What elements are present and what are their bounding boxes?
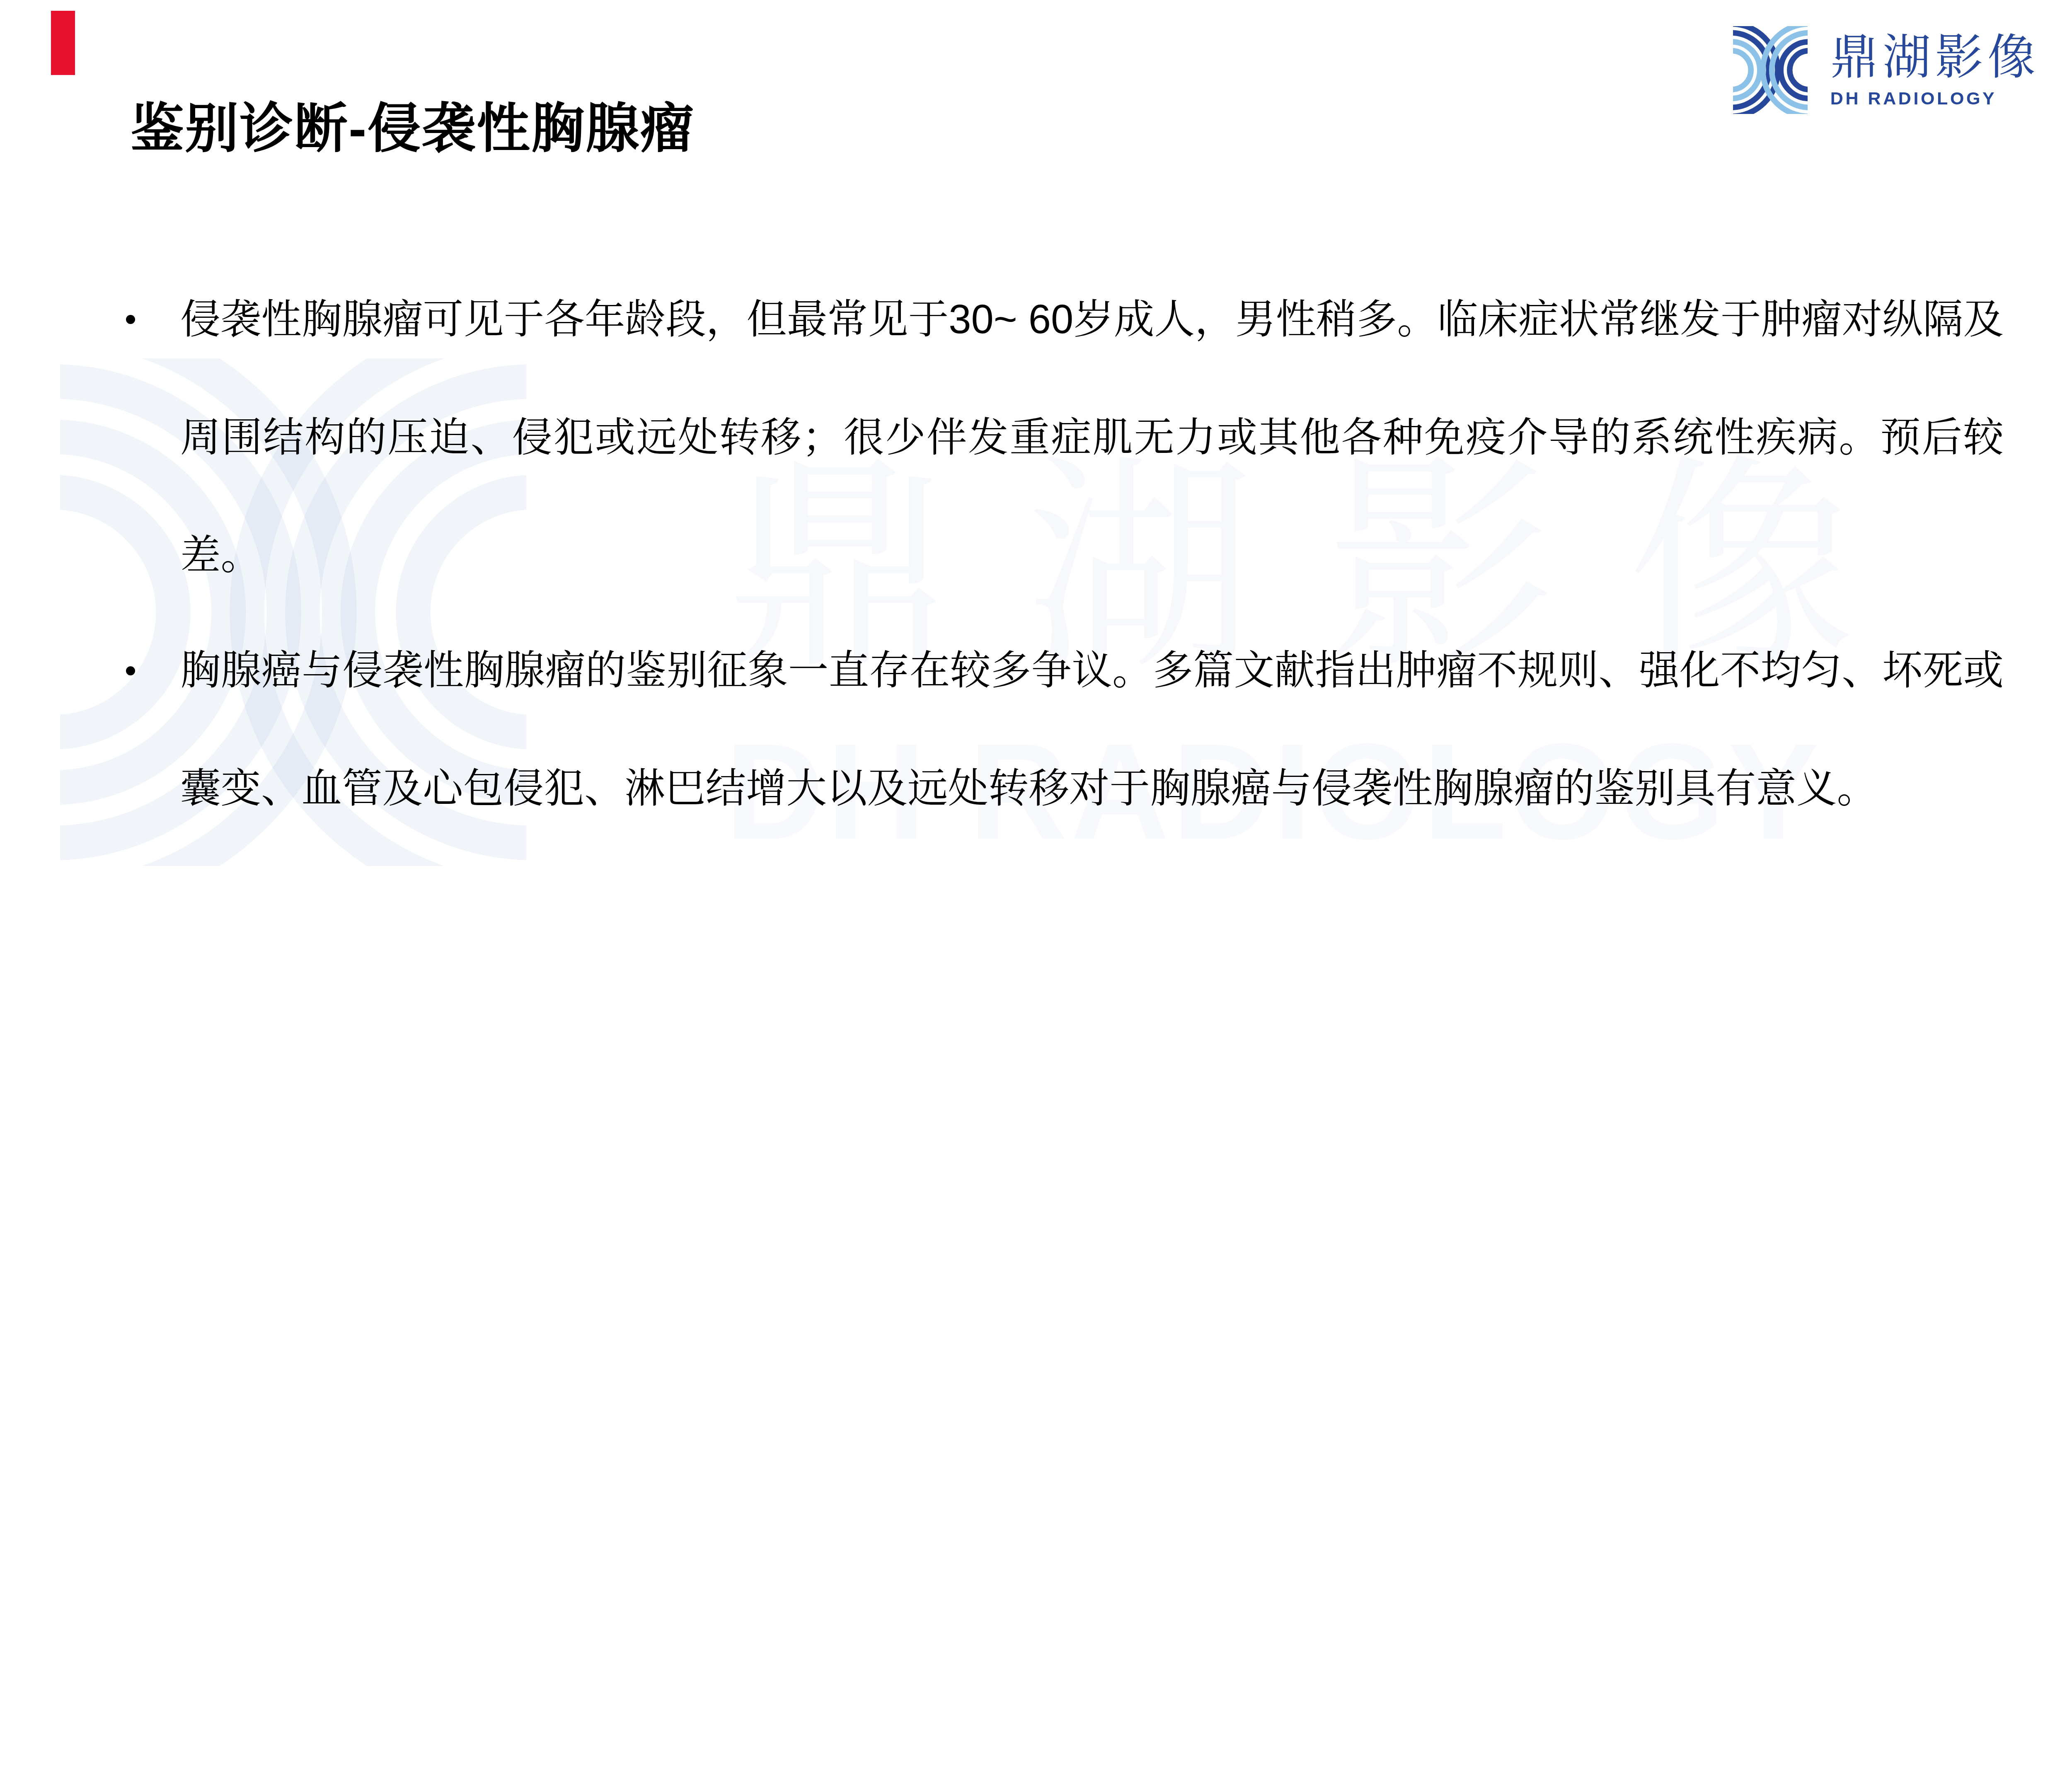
page-title: 鉴别诊断-侵袭性胸腺瘤 [131,96,695,162]
brand-logo: 鼎湖影像 DH RADIOLOGY [1733,26,2040,114]
bullet-line: 囊变、血管及心包侵犯、淋巴结增大以及远处转移对于胸腺癌与侵袭性胸腺瘤的鉴别具有意… [180,730,2004,848]
accent-bar [51,11,75,75]
brand-name-cn: 鼎湖影像 [1830,32,2040,83]
bullet-line: 周围结构的压迫、侵犯或远处转移；很少伴发重症肌无力或其他各种免疫介导的系统性疾病… [180,379,2004,614]
brand-name-en: DH RADIOLOGY [1830,90,2040,108]
slide: 鼎湖影像 DH RADIOLOGY 鉴别诊断-侵袭性胸腺瘤 鼎湖影像 DH RA… [0,0,2072,1166]
bullet-marker [126,315,135,324]
bullet-line: 侵袭性胸腺瘤可见于各年龄段，但最常见于30~ 60岁成人，男性稍多。临床症状常继… [180,261,2004,379]
bullet-paragraph: 胸腺癌与侵袭性胸腺瘤的鉴别征象一直存在较多争议。多篇文献指出肿瘤不规则、强化不均… [180,612,2004,847]
bullet-line: 胸腺癌与侵袭性胸腺瘤的鉴别征象一直存在较多争议。多篇文献指出肿瘤不规则、强化不均… [180,612,2004,730]
brand-logo-icon [1733,26,1808,114]
bullet-paragraph: 侵袭性胸腺瘤可见于各年龄段，但最常见于30~ 60岁成人，男性稍多。临床症状常继… [180,261,2004,614]
bullet-marker [126,666,135,675]
brand-logo-text: 鼎湖影像 DH RADIOLOGY [1830,32,2040,108]
